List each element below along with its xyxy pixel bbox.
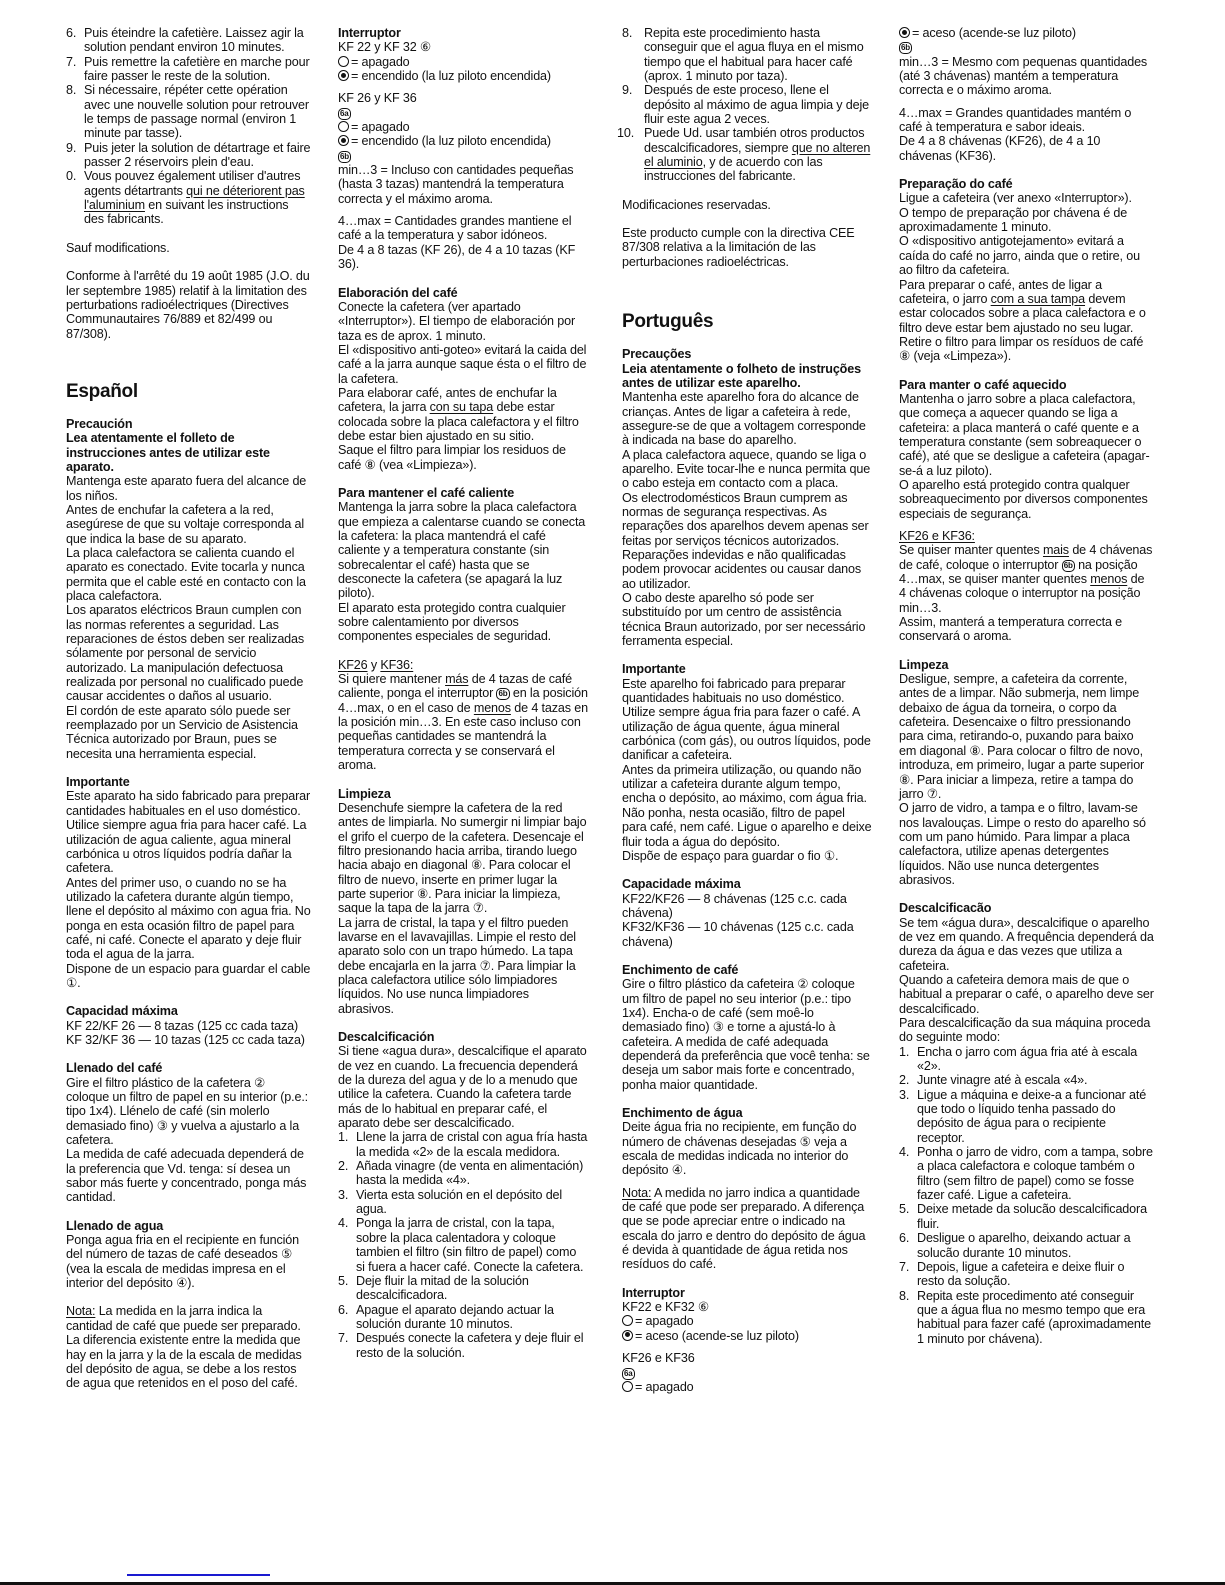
capacity-line: KF 32/KF 36 — 10 tazas (125 cc cada taza…: [66, 1033, 311, 1047]
paragraph: O aparelho está protegido contra qualque…: [899, 478, 1154, 521]
model-line: KF 22 y KF 32 ⑥: [338, 40, 588, 54]
heading-manter-aquecido: Para manter o café aquecido: [899, 378, 1154, 392]
heading-descalcificacao: Descalcificacão: [899, 901, 1154, 915]
list-item: 3.Vierta esta solución en el depósito de…: [338, 1188, 588, 1217]
list-item: 7.Puis remettre la cafetière en marche p…: [66, 55, 311, 84]
list-item: 6.Apague el aparato dejando actuar la so…: [338, 1303, 588, 1332]
nota-paragraph: Nota: A medida no jarro indica a quantid…: [622, 1186, 872, 1272]
paragraph: El «dispositivo anti-goteo» evitará la c…: [338, 343, 588, 386]
list-item: 8.Repita este procedimento até conseguir…: [899, 1289, 1154, 1346]
list-item: 1.Encha o jarro com água fria até à esca…: [899, 1045, 1154, 1074]
paragraph: Desligue, sempre, a cafeteira da corrent…: [899, 672, 1154, 801]
paragraph: A placa calefactora aquece, quando se li…: [622, 448, 872, 491]
paragraph: Ponga agua fria en el recipiente en func…: [66, 1233, 311, 1290]
label-6b-icon: 6b: [496, 688, 509, 700]
label-6b-icon: 6b: [1062, 560, 1075, 572]
paragraph: Retire o filtro para limpar os resíduos …: [899, 335, 1154, 364]
french-descaling-steps: 6.Puis éteindre la cafetière. Laissez ag…: [66, 26, 311, 227]
paragraph: Para elaborar café, antes de enchufar la…: [338, 386, 588, 443]
manual-page: 6.Puis éteindre la cafetière. Laissez ag…: [0, 0, 1225, 1585]
switch-off-icon: [338, 121, 349, 132]
switch-on-icon: [338, 70, 349, 81]
switch-on-line: = aceso (acende-se luz piloto): [899, 26, 1154, 40]
paragraph: La medida de café adecuada dependerá de …: [66, 1147, 311, 1204]
heading-capacidad: Capacidad máxima: [66, 1004, 311, 1018]
cee-directive-note: Este producto cumple con la directiva CE…: [622, 226, 872, 269]
paragraph: Ligue a cafeteira (ver anexo «Interrupto…: [899, 191, 1154, 205]
paragraph: Si tiene «agua dura», descalcifique el a…: [338, 1044, 588, 1130]
paragraph: La jarra de cristal, la tapa y el filtro…: [338, 916, 588, 1016]
list-item: 9.Después de este proceso, llene el depó…: [622, 83, 872, 126]
heading-interruptor-pt: Interruptor: [622, 1286, 872, 1300]
switch-off-icon: [338, 56, 349, 67]
paragraph: min…3 = Incluso con cantidades pequeñas …: [338, 163, 588, 206]
paragraph: De 4 a 8 tazas (KF 26), de 4 a 10 tazas …: [338, 243, 588, 272]
descaling-steps-pt: 1.Encha o jarro com água fria até à esca…: [899, 1045, 1154, 1346]
list-item: 2.Junte vinagre até à escala «4».: [899, 1073, 1154, 1087]
paragraph: Conecte la cafetera (ver apartado «Inter…: [338, 300, 588, 343]
paragraph: O jarro de vidro, a tampa e o filtro, la…: [899, 801, 1154, 887]
label-6b-icon: 6b: [338, 151, 351, 163]
list-item: 4.Ponha o jarro de vidro, com a tampa, s…: [899, 1145, 1154, 1202]
list-item: 10.Puede Ud. usar también otros producto…: [622, 126, 872, 183]
list-item: 7.Después conecte la cafetera y deje flu…: [338, 1331, 588, 1360]
paragraph: Antes del primer uso, o cuando no se ha …: [66, 876, 311, 962]
label-6a-icon: 6a: [338, 108, 351, 120]
paragraph: Se quiser manter quentes mais de 4 cháve…: [899, 543, 1154, 615]
paragraph: Desenchufe siempre la cafetera de la red…: [338, 801, 588, 916]
list-item: 4.Ponga la jarra de cristal, con la tapa…: [338, 1216, 588, 1273]
switch-off-line: = apagado: [338, 55, 588, 69]
switch-on-icon: [622, 1330, 633, 1341]
paragraph: Os electrodomésticos Braun cumprem as no…: [622, 491, 872, 591]
list-item: 8.Si nécessaire, répéter cette opération…: [66, 83, 311, 140]
paragraph: 4…max = Cantidades grandes mantiene el c…: [338, 214, 588, 243]
model-line: KF 26 y KF 36: [338, 91, 588, 105]
paragraph: El cordón de este aparato sólo puede ser…: [66, 704, 311, 761]
heading-preparacao: Preparação do café: [899, 177, 1154, 191]
paragraph: min…3 = Mesmo com pequenas quantidades (…: [899, 55, 1154, 98]
heading-llenado-agua: Llenado de agua: [66, 1219, 311, 1233]
heading-mantener-caliente: Para mantener el café caliente: [338, 486, 588, 500]
heading-capacidade: Capacidade máxima: [622, 877, 872, 891]
paragraph: Para descalcificação da sua máquina proc…: [899, 1016, 1154, 1045]
paragraph: Se tem «água dura», descalcifique o apar…: [899, 916, 1154, 973]
column-spanish: Interruptor KF 22 y KF 32 ⑥ = apagado = …: [338, 26, 588, 1360]
kf-heading: KF26 e KF36:: [899, 529, 1154, 543]
paragraph: Mantenga la jarra sobre la placa calefac…: [338, 500, 588, 600]
switch-off-icon: [622, 1315, 633, 1326]
paragraph: O «dispositivo antigotejamento» evitará …: [899, 234, 1154, 277]
paragraph: Antes de enchufar la cafetera a la red, …: [66, 503, 311, 546]
paragraph: Deite água fria no recipiente, em função…: [622, 1120, 872, 1177]
modificaciones-reservadas: Modificaciones reservadas.: [622, 198, 872, 212]
blue-mark-divider: [127, 1574, 270, 1576]
paragraph: Mantenha o jarro sobre a placa calefacto…: [899, 392, 1154, 478]
heading-elaboracion: Elaboración del café: [338, 286, 588, 300]
list-item: 8.Repita este procedimiento hasta conseg…: [622, 26, 872, 83]
paragraph: Los aparatos eléctricos Braun cumplen co…: [66, 603, 311, 703]
descaling-steps: 1.Llene la jarra de cristal con agua frí…: [338, 1130, 588, 1360]
paragraph: Este aparelho foi fabricado para prepara…: [622, 677, 872, 763]
paragraph: Si quiere mantener más de 4 tazas de caf…: [338, 672, 588, 772]
paragraph: De 4 a 8 chávenas (KF26), de 4 a 10 cháv…: [899, 134, 1154, 163]
list-item: 5.Deixe metade da solucão descalcificado…: [899, 1202, 1154, 1231]
list-item: 0.Vous pouvez également utiliser d'autre…: [66, 169, 311, 226]
kf-heading: KF26 y KF36:: [338, 658, 588, 672]
section-title-portugues: Português: [622, 311, 872, 333]
heading-interruptor: Interruptor: [338, 26, 588, 40]
column-portuguese: = aceso (acende-se luz piloto) 6b min…3 …: [899, 26, 1154, 1346]
switch-on-icon: [899, 27, 910, 38]
heading-importante: Importante: [66, 775, 311, 789]
label-6a-icon: 6a: [622, 1368, 635, 1380]
heading-limpieza: Limpieza: [338, 787, 588, 801]
section-title-espanol: Español: [66, 381, 311, 403]
paragraph: Este aparato ha sido fabricado para prep…: [66, 789, 311, 875]
paragraph: O cabo deste aparelho só pode ser substi…: [622, 591, 872, 648]
paragraph: Para preparar o café, antes de ligar a c…: [899, 278, 1154, 335]
descaling-steps-continued: 8.Repita este procedimiento hasta conseg…: [622, 26, 872, 184]
heading-enchimento-cafe: Enchimento de café: [622, 963, 872, 977]
list-item: 5.Deje fluir la mitad de la solución des…: [338, 1274, 588, 1303]
capacity-line: KF32/KF36 — 10 chávenas (125 c.c. cada c…: [622, 920, 872, 949]
column-french-spanish: 6.Puis éteindre la cafetière. Laissez ag…: [66, 26, 311, 1391]
switch-off-line: = apagado: [622, 1314, 872, 1328]
paragraph: Gire el filtro plástico de la cafetera ②…: [66, 1076, 311, 1148]
precaucion-warning: Lea atentamente el folleto de instruccio…: [66, 431, 311, 474]
paragraph: Antes da primeira utilização, ou quando …: [622, 763, 872, 849]
paragraph: Mantenga este aparato fuera del alcance …: [66, 474, 311, 503]
switch-off-line: = apagado: [338, 120, 588, 134]
paragraph: Saque el filtro para limpiar los residuo…: [338, 443, 588, 472]
heading-descalcificacion: Descalcificación: [338, 1030, 588, 1044]
paragraph: Quando a cafeteira demora mais de que o …: [899, 973, 1154, 1016]
list-item: 6.Puis éteindre la cafetière. Laissez ag…: [66, 26, 311, 55]
nota-paragraph: Nota: La medida en la jarra indica la ca…: [66, 1304, 311, 1390]
paragraph: Dispone de un espacio para guardar el ca…: [66, 962, 311, 991]
switch-on-icon: [338, 135, 349, 146]
capacity-line: KF 22/KF 26 — 8 tazas (125 cc cada taza): [66, 1019, 311, 1033]
list-item: 2.Añada vinagre (de venta en alimentació…: [338, 1159, 588, 1188]
heading-precaucoes: Precauções: [622, 347, 872, 361]
heading-importante-pt: Importante: [622, 662, 872, 676]
heading-enchimento-agua: Enchimento de água: [622, 1106, 872, 1120]
precaucoes-warning: Leia atentamente o folheto de instruções…: [622, 362, 872, 391]
heading-limpeza: Limpeza: [899, 658, 1154, 672]
switch-on-line: = encendido (la luz piloto encendida): [338, 69, 588, 83]
paragraph: Mantenha este aparelho fora do alcance d…: [622, 390, 872, 447]
paragraph: 4…max = Grandes quantidades mantém o caf…: [899, 106, 1154, 135]
paragraph: Dispõe de espaço para guardar o fio ①.: [622, 849, 872, 863]
switch-off-icon: [622, 1381, 633, 1392]
list-item: 9.Puis jeter la solution de détartrage e…: [66, 141, 311, 170]
list-item: 1.Llene la jarra de cristal con agua frí…: [338, 1130, 588, 1159]
list-item: 3.Ligue a máquina e deixe-a a funcionar …: [899, 1088, 1154, 1145]
list-item: 7.Depois, ligue a cafeteira e deixe flui…: [899, 1260, 1154, 1289]
paragraph: La placa calefactora se calienta cuando …: [66, 546, 311, 603]
switch-on-line: = aceso (acende-se luz piloto): [622, 1329, 872, 1343]
column-spanish-portuguese: 8.Repita este procedimiento hasta conseg…: [622, 26, 872, 1394]
paragraph: El aparato esta protegido contra cualqui…: [338, 601, 588, 644]
heading-precaucion: Precaución: [66, 417, 311, 431]
switch-on-line: = encendido (la luz piloto encendida): [338, 134, 588, 148]
capacity-line: KF22/KF26 — 8 chávenas (125 c.c. cada ch…: [622, 892, 872, 921]
switch-off-line: = apagado: [622, 1380, 872, 1394]
paragraph: Assim, manterá a temperatura correcta e …: [899, 615, 1154, 644]
label-6b-icon: 6b: [899, 42, 912, 54]
list-item: 6.Desligue o aparelho, deixando actuar a…: [899, 1231, 1154, 1260]
sauf-modifications: Sauf modifications.: [66, 241, 311, 255]
conformity-note: Conforme à l'arrêté du 19 août 1985 (J.O…: [66, 269, 311, 341]
heading-llenado-cafe: Llenado del café: [66, 1061, 311, 1075]
model-line: KF22 e KF32 ⑥: [622, 1300, 872, 1314]
paragraph: Gire o filtro plástico da cafeteira ② co…: [622, 977, 872, 1092]
paragraph: O tempo de preparação por chávena é de a…: [899, 206, 1154, 235]
model-line: KF26 e KF36: [622, 1351, 872, 1365]
